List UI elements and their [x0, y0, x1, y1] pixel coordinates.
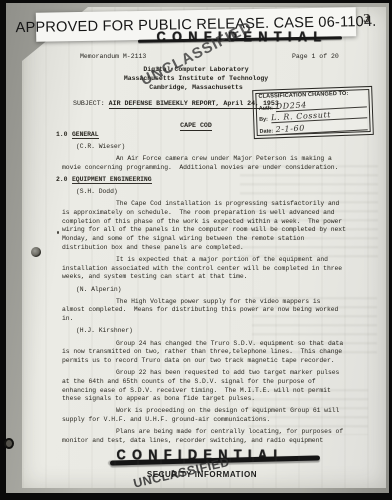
- section-number: 2.0: [56, 176, 72, 185]
- section-number: 1.0: [56, 131, 72, 140]
- subject-title: AIR DEFENSE BIWEEKLY REPORT, April 24, 1…: [109, 100, 279, 109]
- organization-block: Digital Computer Laboratory Massachusett…: [76, 65, 316, 92]
- body-paragraph: Work is proceeding on the design of equi…: [62, 407, 346, 424]
- page-corner-number: 3: [363, 12, 371, 25]
- section-title: EQUIPMENT ENGINEERING: [72, 176, 152, 185]
- body-paragraph: The Cape Cod installation is progressing…: [62, 200, 346, 252]
- author-line: (H.J. Kirshner): [76, 327, 346, 336]
- org-line-1: Digital Computer Laboratory: [76, 65, 316, 74]
- page-info: Page 1 of 20: [292, 53, 339, 60]
- ink-mark: [4, 438, 14, 449]
- document-page: Memorandum M-2113 Page 1 of 20 Digital C…: [22, 7, 386, 488]
- body-paragraph: Group 24 has changed the Truro S.D.V. eq…: [62, 340, 346, 366]
- punch-hole: [31, 247, 41, 257]
- memo-body: 1.0GENERAL (C.R. Wieser) An Air Force ca…: [56, 127, 346, 446]
- memo-number: Memorandum M-2113: [80, 53, 146, 60]
- scanned-memo-screenshot: Memorandum M-2113 Page 1 of 20 Digital C…: [0, 0, 392, 500]
- body-paragraph: Group 22 has been requested to add two t…: [62, 369, 346, 404]
- author-line: (S.H. Dodd): [76, 188, 346, 197]
- body-paragraph: Plans are being made for centrally locat…: [62, 428, 346, 445]
- security-information-line: SECURITY INFORMATION: [62, 470, 342, 479]
- section-heading: 1.0GENERAL: [56, 131, 346, 140]
- org-line-2: Massachusetts Institute of Technology: [76, 74, 316, 83]
- body-paragraph: It is expected that a major portion of t…: [62, 256, 346, 282]
- section-heading: 2.0EQUIPMENT ENGINEERING: [56, 176, 346, 185]
- body-paragraph: An Air Force camera crew under Major Pet…: [62, 155, 346, 172]
- author-line: (C.R. Wieser): [76, 143, 346, 152]
- subject-line: SUBJECT:AIR DEFENSE BIWEEKLY REPORT, Apr…: [73, 100, 279, 107]
- section-title: GENERAL: [72, 131, 99, 140]
- body-paragraph: The High Voltage power supply for the vi…: [62, 298, 346, 324]
- subject-label: SUBJECT:: [73, 100, 105, 107]
- author-line: (N. Alperin): [76, 286, 346, 295]
